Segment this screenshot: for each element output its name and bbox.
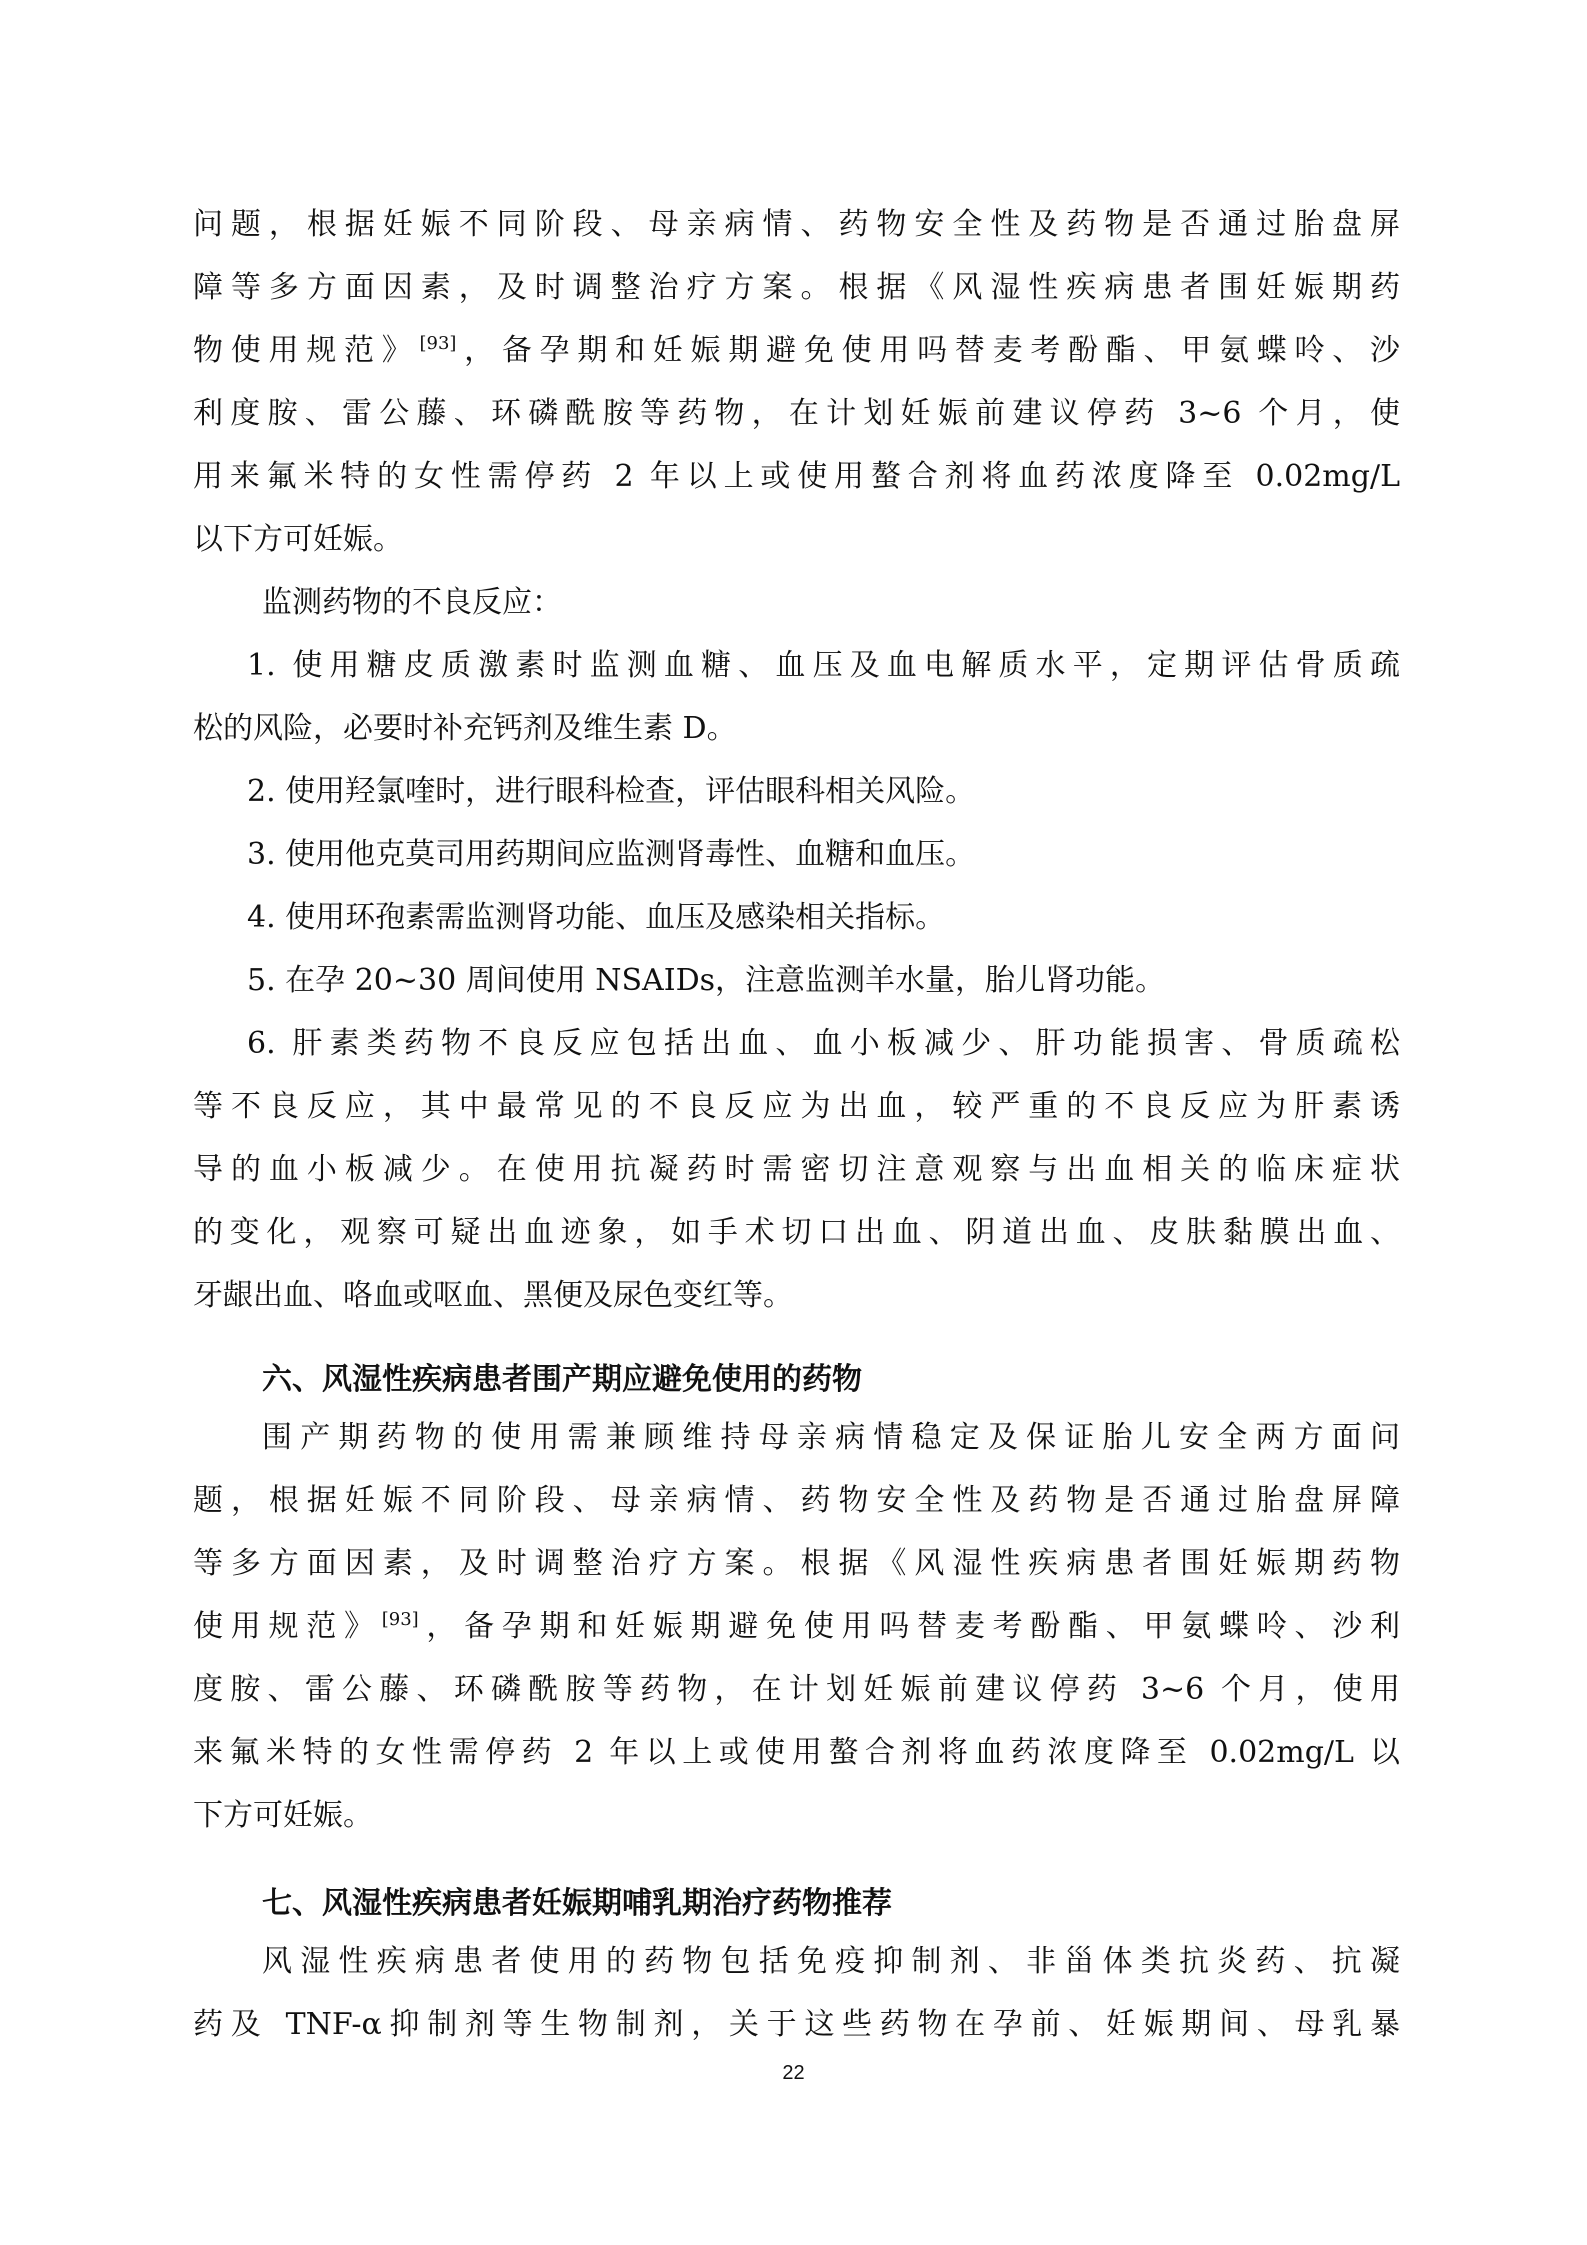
paragraph-line: 以下方可妊娠。 [193, 520, 1400, 560]
list-item-line: 3. 使用他克莫司用药期间应监测肾毒性、血糖和血压。 [247, 835, 1400, 875]
paragraph-line: 问题，根据妊娠不同阶段、母亲病情、药物安全性及药物是否通过胎盘屏 [193, 205, 1400, 245]
paragraph-line: 利度胺、雷公藤、环磷酰胺等药物，在计划妊娠前建议停药 3~6 个月，使 [193, 394, 1400, 434]
citation: [93] [419, 333, 456, 354]
list-item-line: 1. 使用糖皮质激素时监测血糖、血压及血电解质水平，定期评估骨质疏 [247, 646, 1400, 686]
section-heading: 七、风湿性疾病患者妊娠期哺乳期治疗药物推荐 [262, 1884, 892, 1924]
paragraph-line: 药及 TNF-α抑制剂等生物制剂，关于这些药物在孕前、妊娠期间、母乳暴 [193, 2005, 1400, 2045]
paragraph-line: 围产期药物的使用需兼顾维持母亲病情稳定及保证胎儿安全两方面问 [262, 1418, 1400, 1458]
list-item-line: 的变化，观察可疑出血迹象，如手术切口出血、阴道出血、皮肤黏膜出血、 [193, 1213, 1400, 1253]
paragraph-text: 物使用规范》 [193, 333, 419, 368]
paragraph-line: 物使用规范》[93]，备孕期和妊娠期避免使用吗替麦考酚酯、甲氨蝶呤、沙 [193, 331, 1400, 371]
paragraph-line: 使用规范》[93]，备孕期和妊娠期避免使用吗替麦考酚酯、甲氨蝶呤、沙利 [193, 1607, 1400, 1647]
list-item-line: 牙龈出血、咯血或呕血、黑便及尿色变红等。 [193, 1276, 1400, 1316]
list-item-line: 4. 使用环孢素需监测肾功能、血压及感染相关指标。 [247, 898, 1400, 938]
document-page: 问题，根据妊娠不同阶段、母亲病情、药物安全性及药物是否通过胎盘屏 障等多方面因素… [0, 0, 1587, 2245]
paragraph-line: 度胺、雷公藤、环磷酰胺等药物，在计划妊娠前建议停药 3~6 个月，使用 [193, 1670, 1400, 1710]
monitoring-intro: 监测药物的不良反应： [262, 583, 1400, 623]
paragraph-text: ，备孕期和妊娠期避免使用吗替麦考酚酯、甲氨蝶呤、沙 [456, 333, 1400, 368]
paragraph-text: ，备孕期和妊娠期避免使用吗替麦考酚酯、甲氨蝶呤、沙利 [419, 1609, 1400, 1644]
list-item-line: 6. 肝素类药物不良反应包括出血、血小板减少、肝功能损害、骨质疏松 [247, 1024, 1400, 1064]
paragraph-line: 等多方面因素，及时调整治疗方案。根据《风湿性疾病患者围妊娠期药物 [193, 1544, 1400, 1584]
list-item-line: 松的风险，必要时补充钙剂及维生素 D。 [193, 709, 1400, 749]
paragraph-line: 来氟米特的女性需停药 2 年以上或使用螯合剂将血药浓度降至 0.02mg/L 以 [193, 1733, 1400, 1773]
list-item-line: 等不良反应，其中最常见的不良反应为出血，较严重的不良反应为肝素诱 [193, 1087, 1400, 1127]
paragraph-line: 风湿性疾病患者使用的药物包括免疫抑制剂、非甾体类抗炎药、抗凝 [262, 1942, 1400, 1982]
paragraph-line: 障等多方面因素，及时调整治疗方案。根据《风湿性疾病患者围妊娠期药 [193, 268, 1400, 308]
citation: [93] [382, 1609, 419, 1630]
list-item-line: 5. 在孕 20~30 周间使用 NSAIDs，注意监测羊水量，胎儿肾功能。 [247, 961, 1400, 1001]
paragraph-line: 用来氟米特的女性需停药 2 年以上或使用螯合剂将血药浓度降至 0.02mg/L [193, 457, 1400, 497]
paragraph-text: 使用规范》 [193, 1609, 382, 1644]
paragraph-line: 下方可妊娠。 [193, 1796, 1400, 1836]
list-item-line: 2. 使用羟氯喹时，进行眼科检查，评估眼科相关风险。 [247, 772, 1400, 812]
page-number: 22 [0, 2060, 1587, 2086]
list-item-line: 导的血小板减少。在使用抗凝药时需密切注意观察与出血相关的临床症状 [193, 1150, 1400, 1190]
section-heading: 六、风湿性疾病患者围产期应避免使用的药物 [262, 1360, 862, 1400]
paragraph-line: 题，根据妊娠不同阶段、母亲病情、药物安全性及药物是否通过胎盘屏障 [193, 1481, 1400, 1521]
